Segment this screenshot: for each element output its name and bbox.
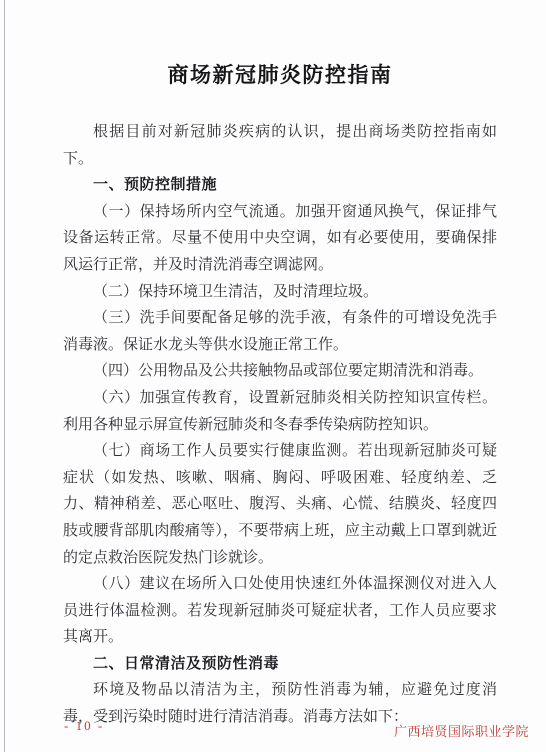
paragraph-item-4: （四）公用物品及公共接触物品或部位要定期清洗和消毒。 (63, 358, 497, 385)
paragraph-item-3: （三）洗手间要配备足够的洗手液，有条件的可增设免洗手消毒液。保证水龙头等供水设施… (63, 305, 497, 358)
page-number: - 10 - (64, 718, 104, 734)
institution-name: 广西培贤国际职业学院 (394, 724, 529, 740)
paragraph-intro: 根据目前对新冠肺炎疾病的认识，提出商场类防控指南如下。 (63, 119, 497, 172)
paragraph-item-8: （八）建议在场所入口处使用快速红外体温探测仪对进入人员进行体温检测。若发现新冠肺… (63, 571, 497, 651)
document-page: 商场新冠肺炎防控指南 根据目前对新冠肺炎疾病的认识，提出商场类防控指南如下。 一… (0, 0, 546, 752)
section-heading-prevention: 一、预防控制措施 (63, 172, 497, 199)
paragraph-item-6: （六）加强宣传教育，设置新冠肺炎相关防控知识宣传栏。利用各种显示屏宣传新冠肺炎和… (63, 385, 497, 438)
paragraph-item-1: （一）保持场所内空气流通。加强开窗通风换气，保证排气设备运转正常。尽量不使用中央… (63, 199, 497, 279)
scan-edge-line (4, 0, 5, 752)
section-heading-cleaning: 二、日常清洁及预防性消毒 (63, 651, 497, 678)
document-title: 商场新冠肺炎防控指南 (63, 61, 497, 89)
paragraph-cleaning-intro: 环境及物品以清洁为主，预防性消毒为辅，应避免过度消毒，受到污染时随时进行清洁消毒… (63, 677, 497, 730)
paragraph-item-7: （七）商场工作人员要实行健康监测。若出现新冠肺炎可疑症状（如发热、咳嗽、咽痛、胸… (63, 438, 497, 571)
paragraph-item-2: （二）保持环境卫生清洁，及时清理垃圾。 (63, 279, 497, 306)
document-body: 根据目前对新冠肺炎疾病的认识，提出商场类防控指南如下。 一、预防控制措施 （一）… (63, 119, 497, 731)
